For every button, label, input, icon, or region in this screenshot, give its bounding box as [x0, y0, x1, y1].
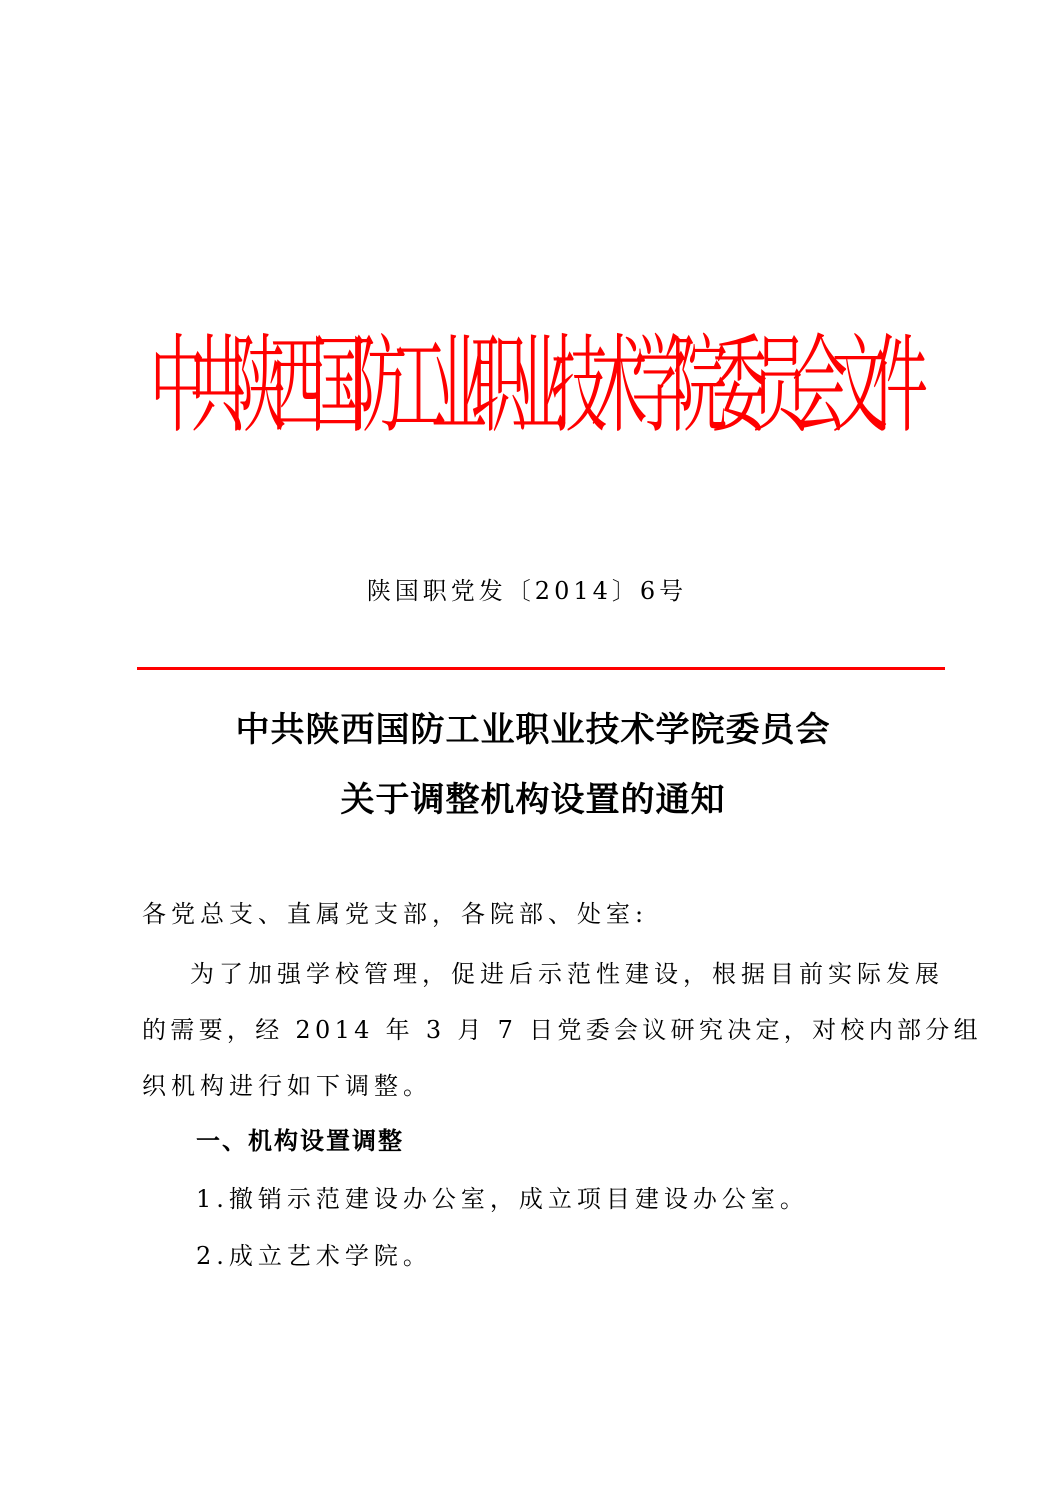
masthead-char: 中: [150, 335, 190, 441]
masthead-char: 防: [351, 335, 391, 441]
masthead-char: 技: [551, 335, 591, 441]
masthead-char: 工: [391, 335, 431, 441]
notice-title-line-2: 关于调整机构设置的通知: [6, 780, 1054, 820]
salutation: 各党总支、直属党支部，各院部、处室:: [142, 898, 932, 930]
list-item: 1.撤销示范建设办公室，成立项目建设办公室。: [196, 1183, 986, 1215]
masthead-char: 国: [310, 335, 350, 441]
section-heading: 一、机构设置调整: [196, 1125, 404, 1157]
masthead-title: 中 共 陕 西 国 防 工 业 职 业 技 术 学 院 委 员 会 文 件: [150, 332, 912, 444]
paragraph-line-3: 织机构进行如下调整。: [142, 1070, 932, 1102]
masthead-char: 会: [792, 335, 832, 441]
masthead-char: 西: [270, 335, 310, 441]
masthead-char: 院: [671, 335, 711, 441]
list-item: 2.成立艺术学院。: [196, 1240, 986, 1272]
masthead-char: 件: [872, 335, 912, 441]
masthead-char: 学: [631, 335, 671, 441]
masthead-char: 术: [591, 335, 631, 441]
masthead-char: 业: [511, 335, 551, 441]
document-number: 陕国职党发〔2014〕6号: [0, 575, 1054, 607]
notice-title-line-1: 中共陕西国防工业职业技术学院委员会: [6, 710, 1054, 750]
red-divider-rule: [137, 667, 945, 670]
masthead-char: 员: [752, 335, 792, 441]
masthead-char: 文: [832, 335, 872, 441]
masthead-char: 陕: [230, 335, 270, 441]
masthead-char: 委: [712, 335, 752, 441]
masthead-char: 职: [471, 335, 511, 441]
paragraph-line-2: 的需要，经 2014 年 3 月 7 日党委会议研究决定，对校内部分组: [142, 1014, 932, 1046]
paragraph-line-1: 为了加强学校管理，促进后示范性建设，根据目前实际发展: [190, 958, 980, 990]
masthead-char: 业: [431, 335, 471, 441]
document-page: 中 共 陕 西 国 防 工 业 职 业 技 术 学 院 委 员 会 文 件 陕国…: [0, 0, 1054, 1491]
masthead-char: 共: [190, 335, 230, 441]
